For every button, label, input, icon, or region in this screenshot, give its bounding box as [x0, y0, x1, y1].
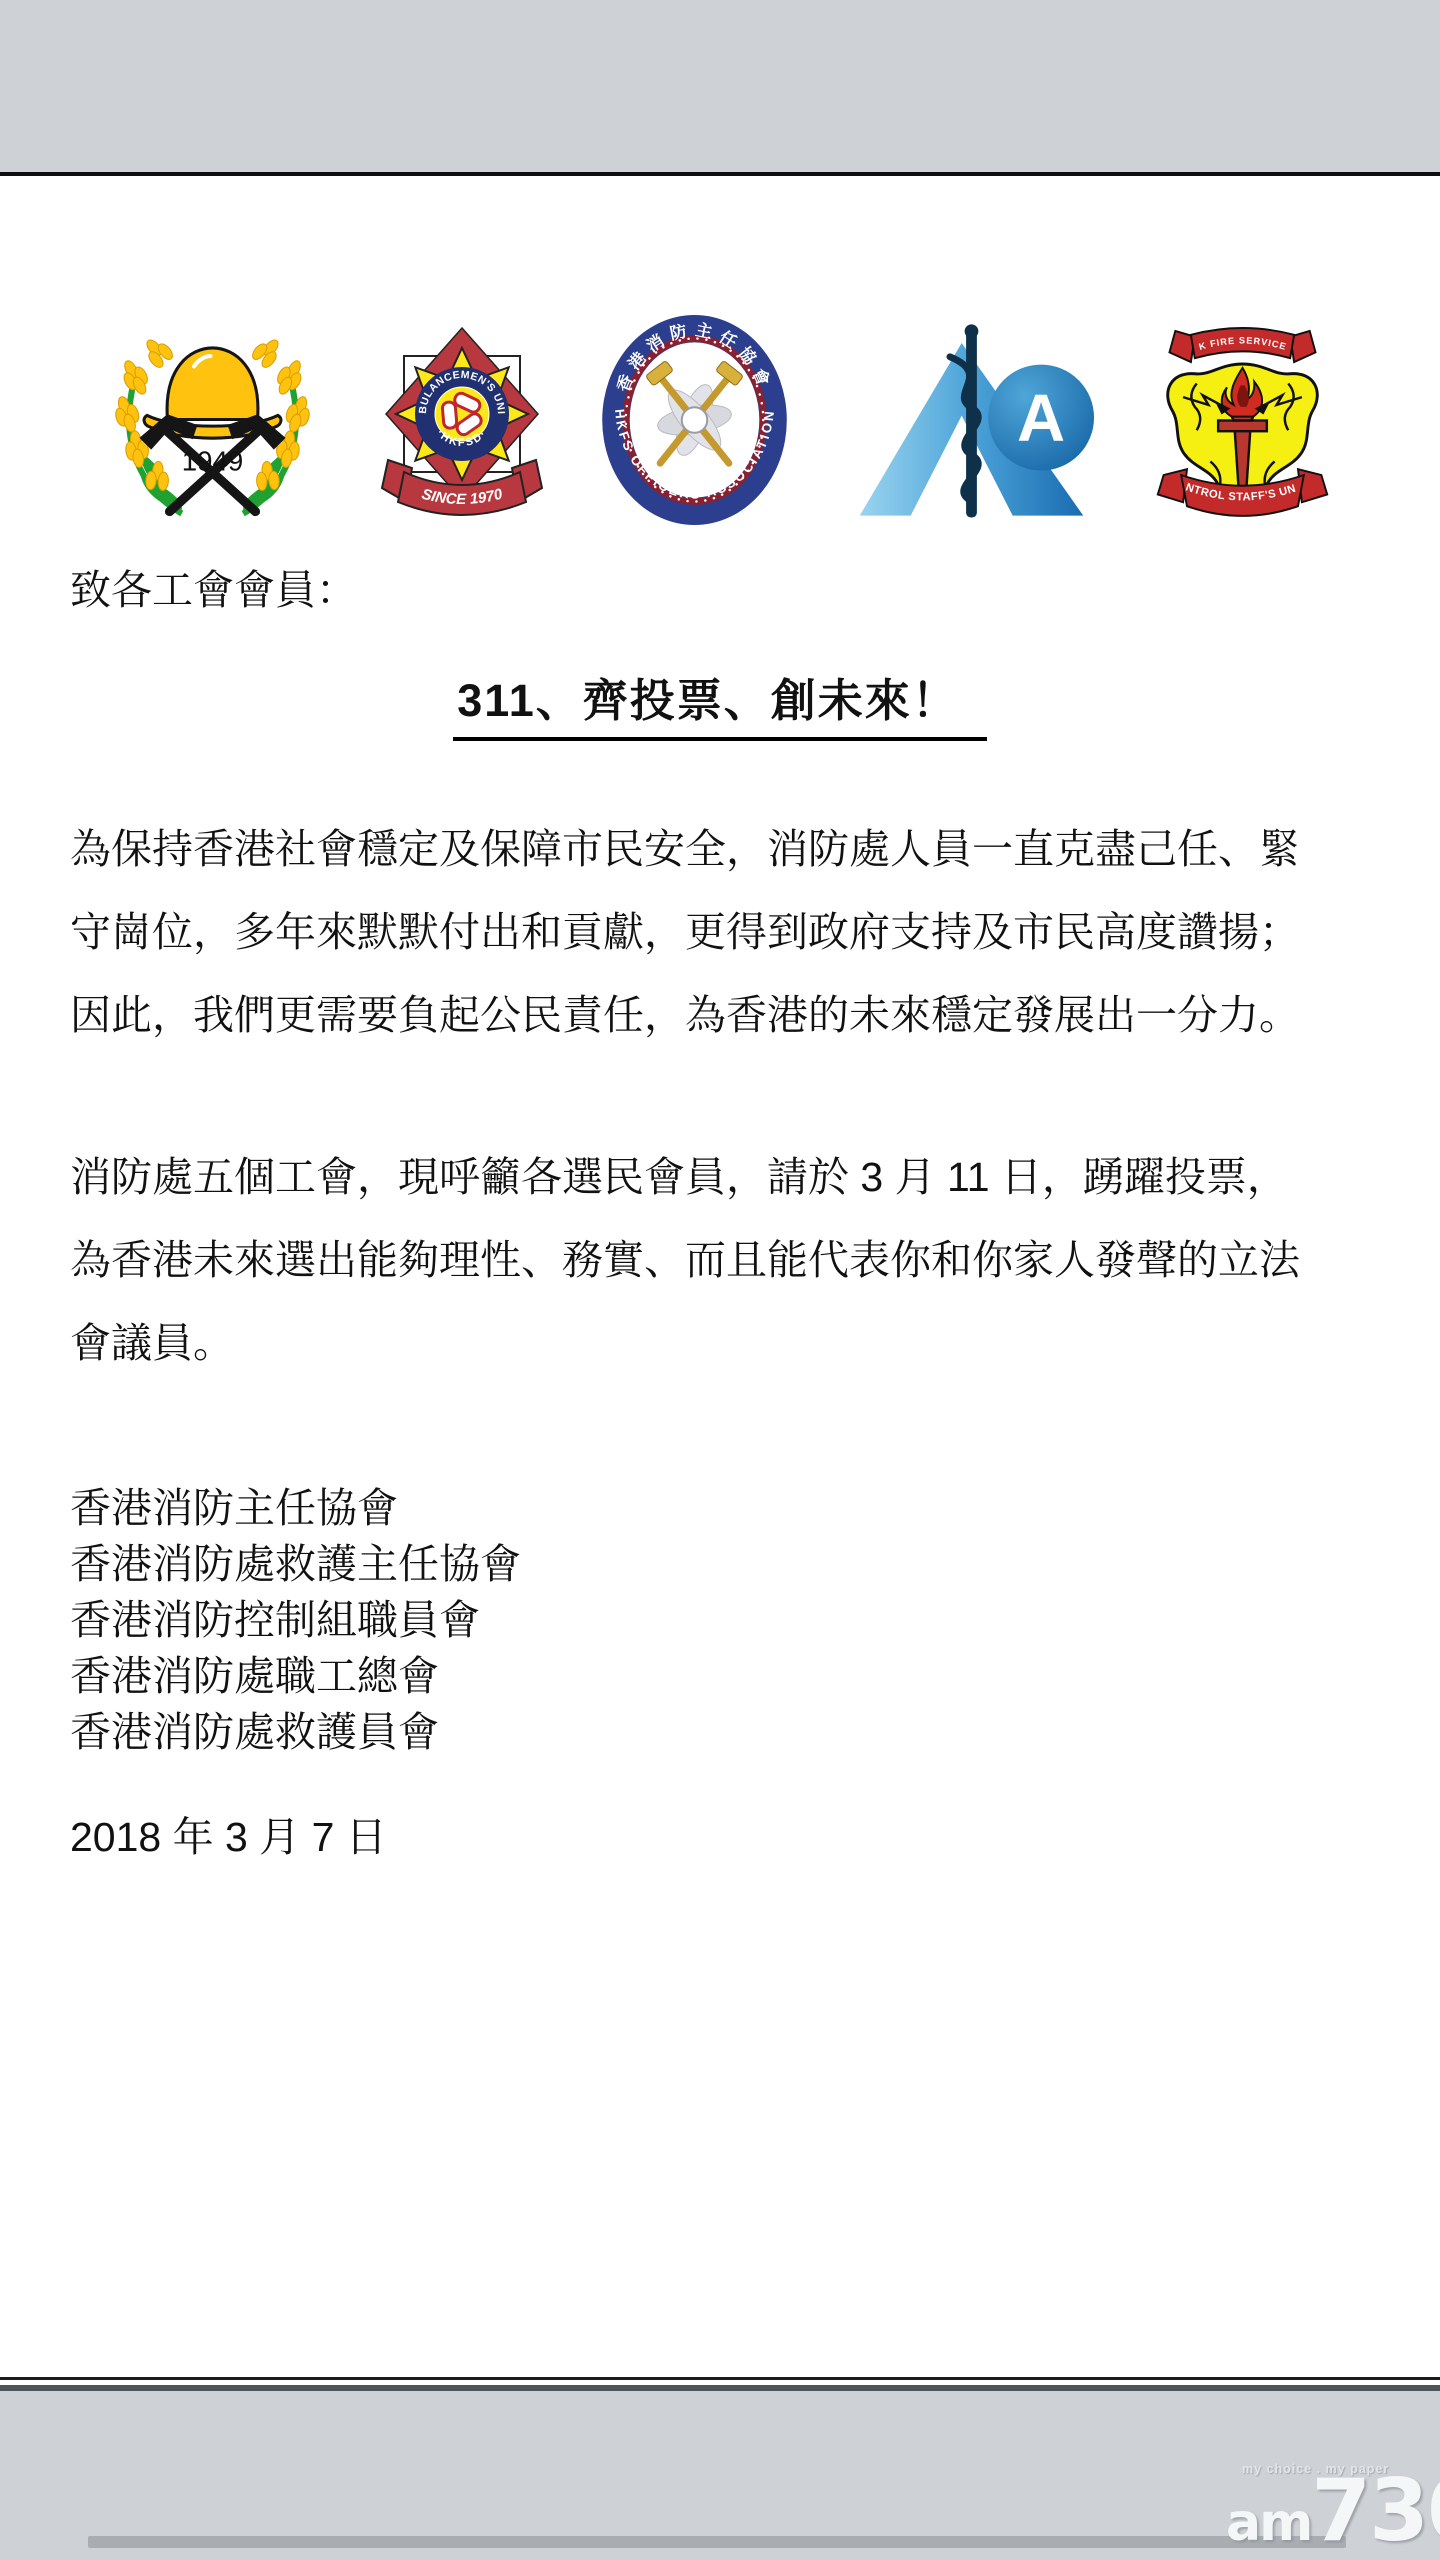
ambulancemens-union-logo: AMBULANCEMEN'S UNION ·HKFSD· SINCE 1970 [380, 314, 545, 526]
signatory-list: 香港消防主任協會 香港消防處救護主任協會 香港消防控制組職員會 香港消防處職工總… [70, 1480, 521, 1760]
signatory: 香港消防主任協會 [70, 1480, 521, 1536]
paragraph-1: 為保持香港社會穩定及保障市民安全，消防處人員一直克盡己任、緊 守崗位，多年來默默… [70, 808, 1372, 1057]
logo-year-text: 1949 [182, 446, 243, 477]
paragraph-line: 會議員。 [70, 1302, 1372, 1385]
signatory: 香港消防控制組職員會 [70, 1592, 521, 1648]
salutation: 致各工會會員： [70, 566, 357, 614]
am730-brand: am730 [1226, 2476, 1426, 2549]
signatory: 香港消防處職工總會 [70, 1648, 521, 1704]
bottom-band [88, 2536, 1346, 2548]
letter-title: 311、齊投票、創未來！ [0, 664, 1440, 741]
staffs-general-association-logo: 1949 [100, 317, 325, 522]
paragraph-2: 消防處五個工會，現呼籲各選民會員，請於 3 月 11 日，踴躍投票， 為香港未來… [70, 1136, 1372, 1385]
am730-brand-number: 730 [1311, 2476, 1440, 2547]
am730-brand-am: am [1226, 2497, 1311, 2549]
hkfs-officers-association-logo: 香港消防主任協會 HKFS OFFICERS ASSOCIATION [599, 312, 791, 528]
letter-date: 2018 年 3 月 7 日 [70, 1812, 387, 1862]
bottom-hairline [0, 2377, 1440, 2380]
logo-ball-letter: A [1017, 382, 1065, 456]
paragraph-line: 為保持香港社會穩定及保障市民安全，消防處人員一直克盡己任、緊 [70, 808, 1372, 891]
letter-page: 1949 AMBULANCEMEN'S UNION ·HKFSD· [0, 0, 1440, 2560]
am730-watermark: my choice . my paper am730 [1226, 2462, 1426, 2549]
ambulance-officers-association-logo: A [846, 319, 1096, 521]
control-staffs-union-logo: HK FIRE SERVICES [1150, 312, 1335, 528]
letter-title-text: 311、齊投票、創未來！ [453, 664, 987, 741]
signatory: 香港消防處救護主任協會 [70, 1536, 521, 1592]
paragraph-line: 消防處五個工會，現呼籲各選民會員，請於 3 月 11 日，踴躍投票， [70, 1136, 1372, 1219]
top-divider [0, 172, 1440, 176]
paragraph-line: 因此，我們更需要負起公民責任，為香港的未來穩定發展出一分力。 [70, 974, 1372, 1057]
top-bar [0, 0, 1440, 172]
paragraph-line: 守崗位，多年來默默付出和貢獻，更得到政府支持及市民高度讚揚； [70, 891, 1372, 974]
union-logo-row: 1949 AMBULANCEMEN'S UNION ·HKFSD· [100, 312, 1335, 527]
signatory: 香港消防處救護員會 [70, 1704, 521, 1760]
bottom-bar [0, 2391, 1440, 2560]
paragraph-line: 為香港未來選出能夠理性、務實、而且能代表你和你家人發聲的立法 [70, 1219, 1372, 1302]
